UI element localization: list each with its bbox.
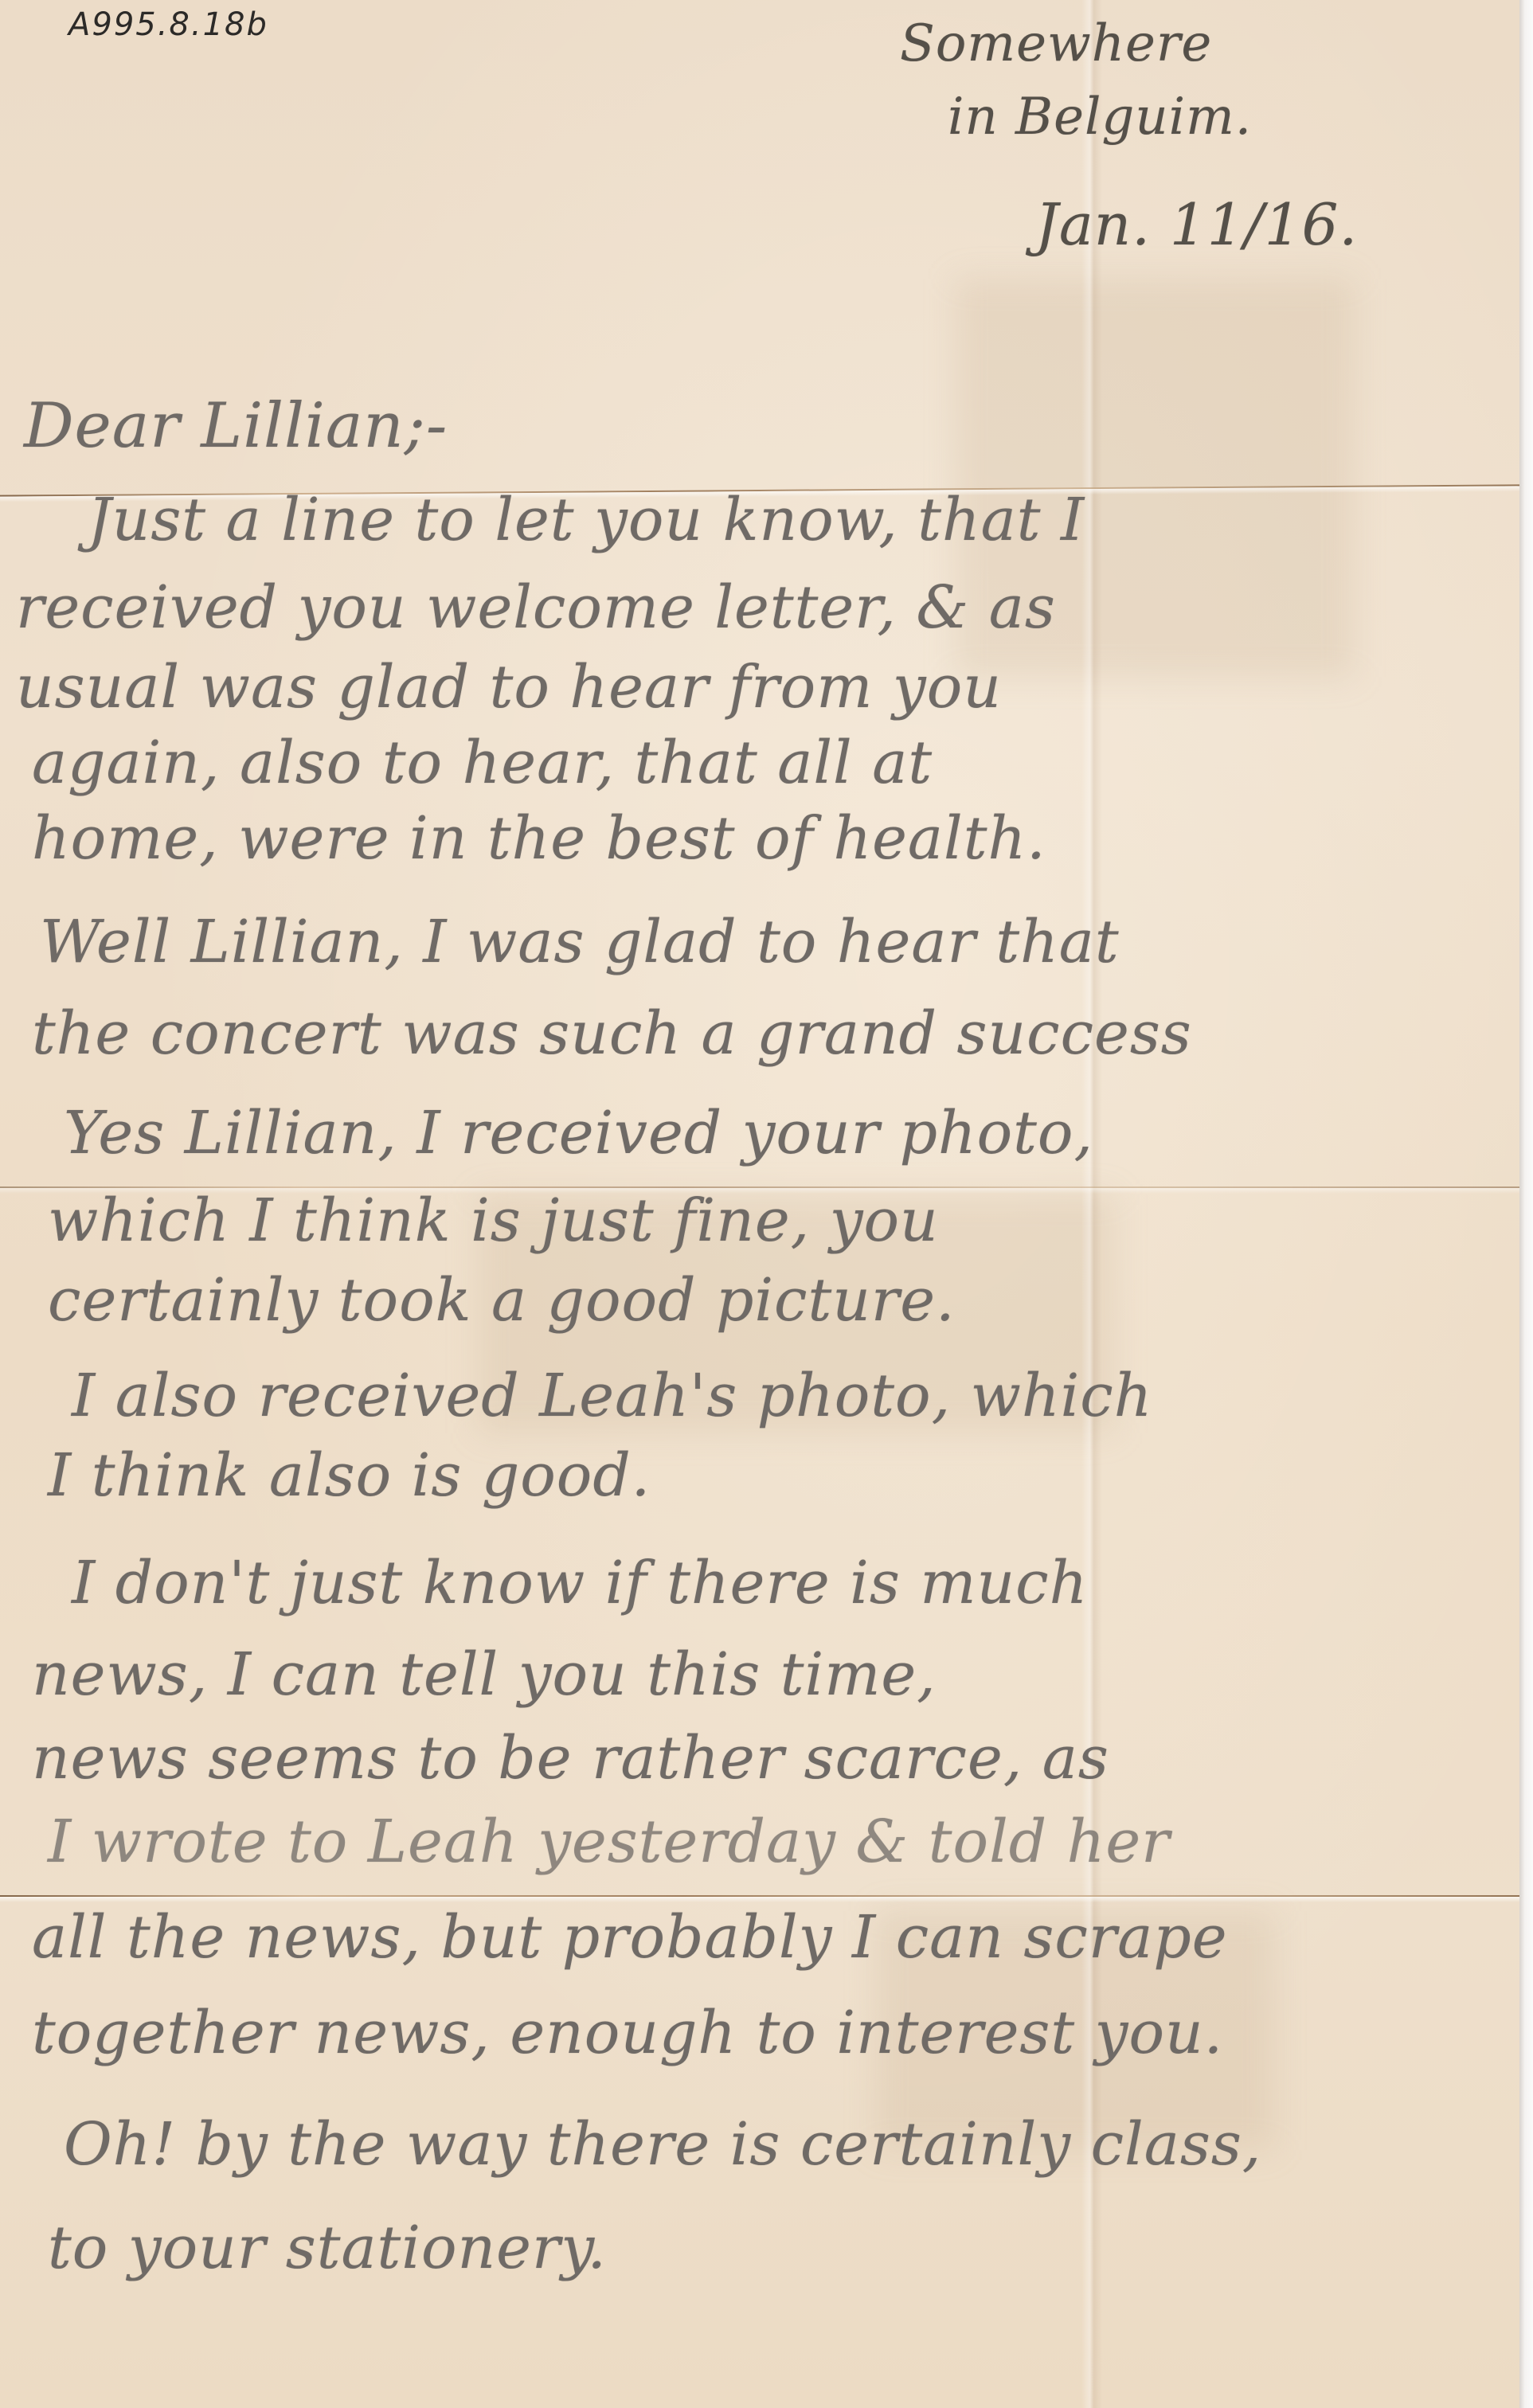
letter-line: which I think is just fine, you bbox=[48, 1186, 939, 1255]
letter-line: Oh! by the way there is certainly class, bbox=[64, 2110, 1261, 2179]
letter-line: news, I can tell you this time, bbox=[32, 1640, 937, 1709]
letter-line: all the news, but probably I can scrape bbox=[32, 1903, 1228, 1972]
dateline-date: Jan. 11/16. bbox=[1035, 191, 1358, 258]
letter-line: again, also to hear, that all at bbox=[32, 729, 933, 797]
letter-line: Yes Lillian, I received your photo, bbox=[64, 1099, 1093, 1167]
letter-line: the concert was such a grand success bbox=[32, 999, 1192, 1068]
letter-line: I think also is good. bbox=[48, 1441, 651, 1510]
letter-line: certainly took a good picture. bbox=[48, 1266, 956, 1335]
letter-line: Well Lillian, I was glad to hear that bbox=[40, 908, 1120, 976]
dateline-place-1: Somewhere bbox=[900, 14, 1212, 73]
letter-line: news seems to be rather scarce, as bbox=[32, 1724, 1109, 1792]
letter-line: received you welcome letter, & as bbox=[16, 573, 1056, 642]
scan-border bbox=[1519, 0, 1533, 2408]
letter-line: to your stationery. bbox=[48, 2214, 607, 2282]
letter-line: home, were in the best of health. bbox=[32, 804, 1046, 873]
letter-line: usual was glad to hear from you bbox=[16, 653, 1002, 721]
letter-line: I don't just know if there is much bbox=[72, 1549, 1088, 1617]
catalog-number: A995.8.18b bbox=[68, 6, 268, 43]
letter-line: I wrote to Leah yesterday & told her bbox=[48, 1808, 1170, 1876]
salutation: Dear Lillian;- bbox=[24, 390, 448, 462]
horizontal-fold-crease bbox=[0, 1891, 1519, 1902]
letter-line: I also received Leah's photo, which bbox=[72, 1362, 1152, 1430]
letter-page: A995.8.18b Somewhere in Belguim. Jan. 11… bbox=[0, 0, 1519, 2408]
letter-line: Just a line to let you know, that I bbox=[88, 486, 1085, 554]
letter-line: together news, enough to interest you. bbox=[32, 1999, 1223, 2067]
dateline-place-2: in Belguim. bbox=[948, 88, 1252, 147]
